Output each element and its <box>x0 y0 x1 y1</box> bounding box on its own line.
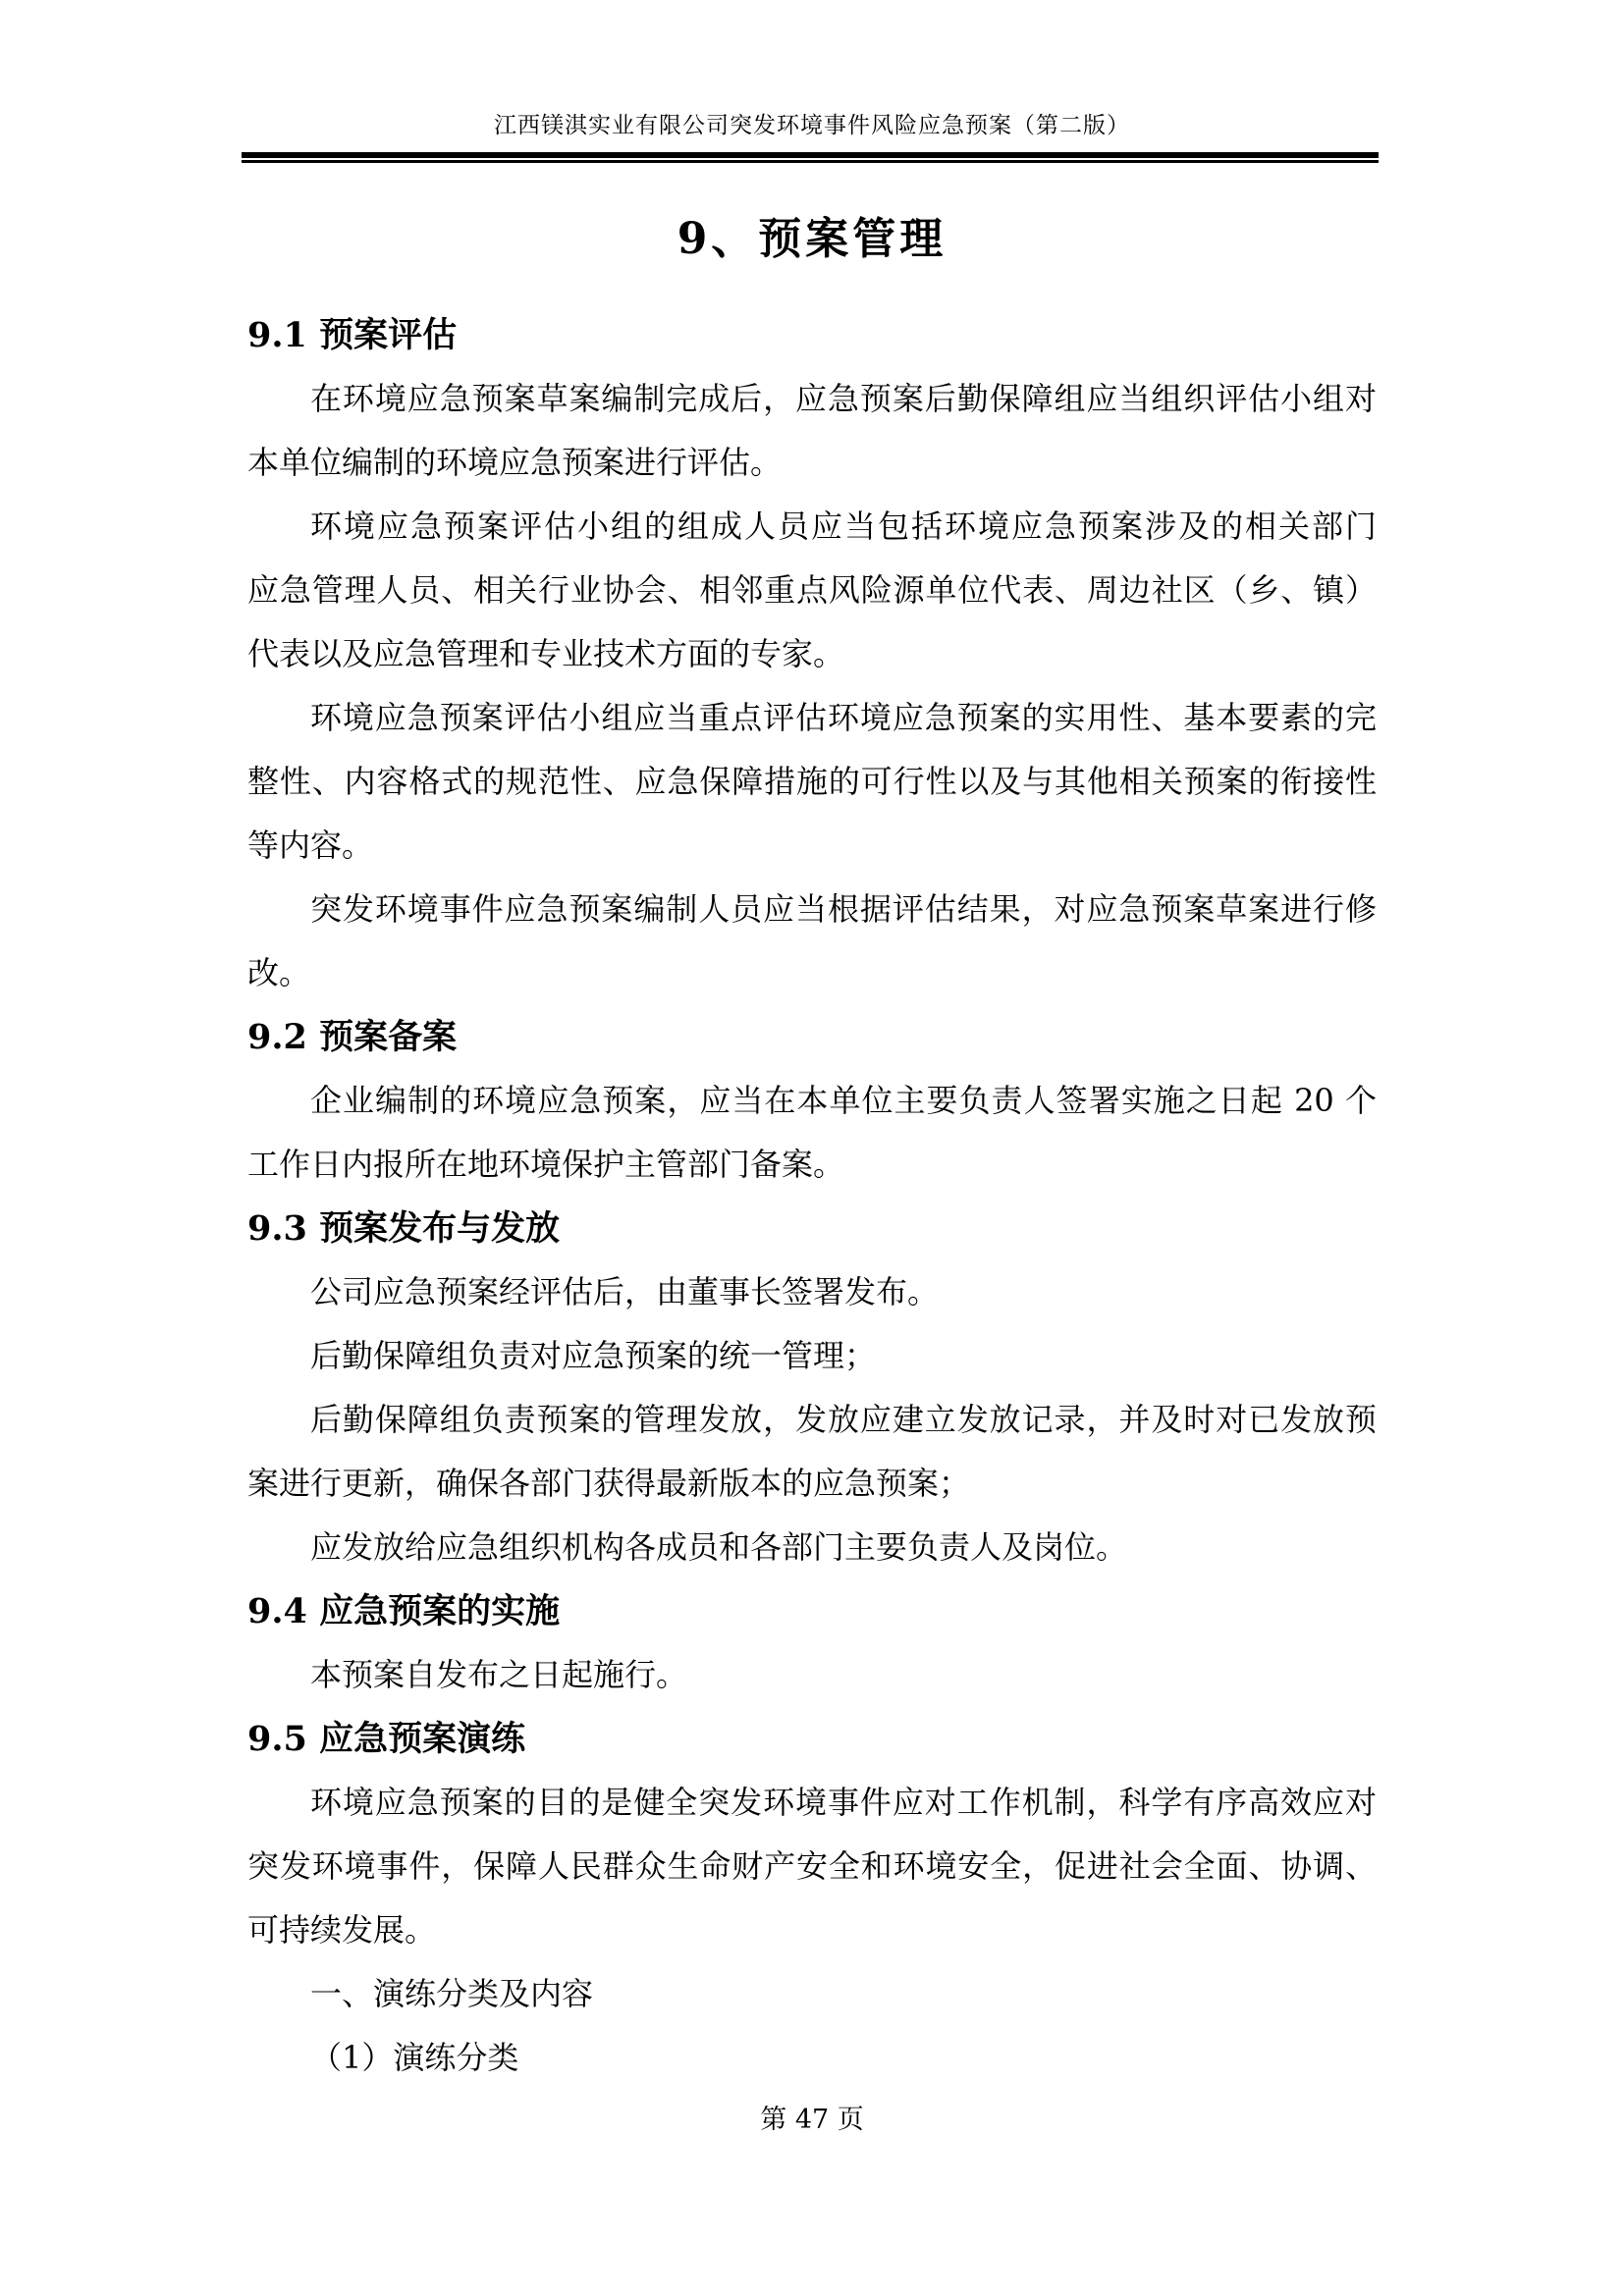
document-page: 江西镁淇实业有限公司突发环境事件风险应急预案（第二版） 9、预案管理 9.1 预… <box>0 0 1624 2296</box>
text-line: 可持续发展。 <box>247 1898 1377 1962</box>
page-header-text: 江西镁淇实业有限公司突发环境事件风险应急预案（第二版） <box>0 111 1624 140</box>
text-line: 本单位编制的环境应急预案进行评估。 <box>247 431 1377 495</box>
text-line: 应急管理人员、相关行业协会、相邻重点风险源单位代表、周边社区（乡、镇） <box>247 559 1377 622</box>
text-line: 应发放给应急组织机构各成员和各部门主要负责人及岗位。 <box>247 1516 1377 1579</box>
text-line: 企业编制的环境应急预案，应当在本单位主要负责人签署实施之日起 20 个 <box>247 1069 1377 1133</box>
text-line: 本预案自发布之日起施行。 <box>247 1643 1377 1707</box>
section-heading: 9.4 应急预案的实施 <box>247 1579 1377 1643</box>
text-line: 在环境应急预案草案编制完成后，应急预案后勤保障组应当组织评估小组对 <box>247 367 1377 431</box>
text-line: 后勤保障组负责对应急预案的统一管理； <box>247 1324 1377 1388</box>
text-line: 环境应急预案的目的是健全突发环境事件应对工作机制，科学有序高效应对 <box>247 1771 1377 1835</box>
text-line: 案进行更新，确保各部门获得最新版本的应急预案； <box>247 1452 1377 1516</box>
header-double-rule <box>242 152 1379 163</box>
text-line: 突发环境事件应急预案编制人员应当根据评估结果，对应急预案草案进行修 <box>247 878 1377 941</box>
section-heading: 9.2 预案备案 <box>247 1005 1377 1069</box>
text-line: 工作日内报所在地环境保护主管部门备案。 <box>247 1133 1377 1197</box>
text-line: 后勤保障组负责预案的管理发放，发放应建立发放记录，并及时对已发放预 <box>247 1388 1377 1452</box>
page-number: 第 47 页 <box>0 2105 1624 2136</box>
text-line: 改。 <box>247 941 1377 1005</box>
text-line: 环境应急预案评估小组应当重点评估环境应急预案的实用性、基本要素的完 <box>247 686 1377 750</box>
text-line: 整性、内容格式的规范性、应急保障措施的可行性以及与其他相关预案的衔接性 <box>247 750 1377 814</box>
text-line: 一、演练分类及内容 <box>247 1962 1377 2026</box>
text-line: 环境应急预案评估小组的组成人员应当包括环境应急预案涉及的相关部门 <box>247 495 1377 559</box>
chapter-title: 9、预案管理 <box>0 212 1624 267</box>
text-line: 公司应急预案经评估后，由董事长签署发布。 <box>247 1260 1377 1324</box>
section-heading: 9.3 预案发布与发放 <box>247 1197 1377 1260</box>
text-line: （1）演练分类 <box>247 2026 1377 2090</box>
section-heading: 9.1 预案评估 <box>247 303 1377 367</box>
text-line: 代表以及应急管理和专业技术方面的专家。 <box>247 622 1377 686</box>
section-heading: 9.5 应急预案演练 <box>247 1707 1377 1771</box>
text-line: 突发环境事件，保障人民群众生命财产安全和环境安全，促进社会全面、协调、 <box>247 1835 1377 1898</box>
text-line: 等内容。 <box>247 814 1377 878</box>
document-body: 9.1 预案评估在环境应急预案草案编制完成后，应急预案后勤保障组应当组织评估小组… <box>247 303 1377 2090</box>
